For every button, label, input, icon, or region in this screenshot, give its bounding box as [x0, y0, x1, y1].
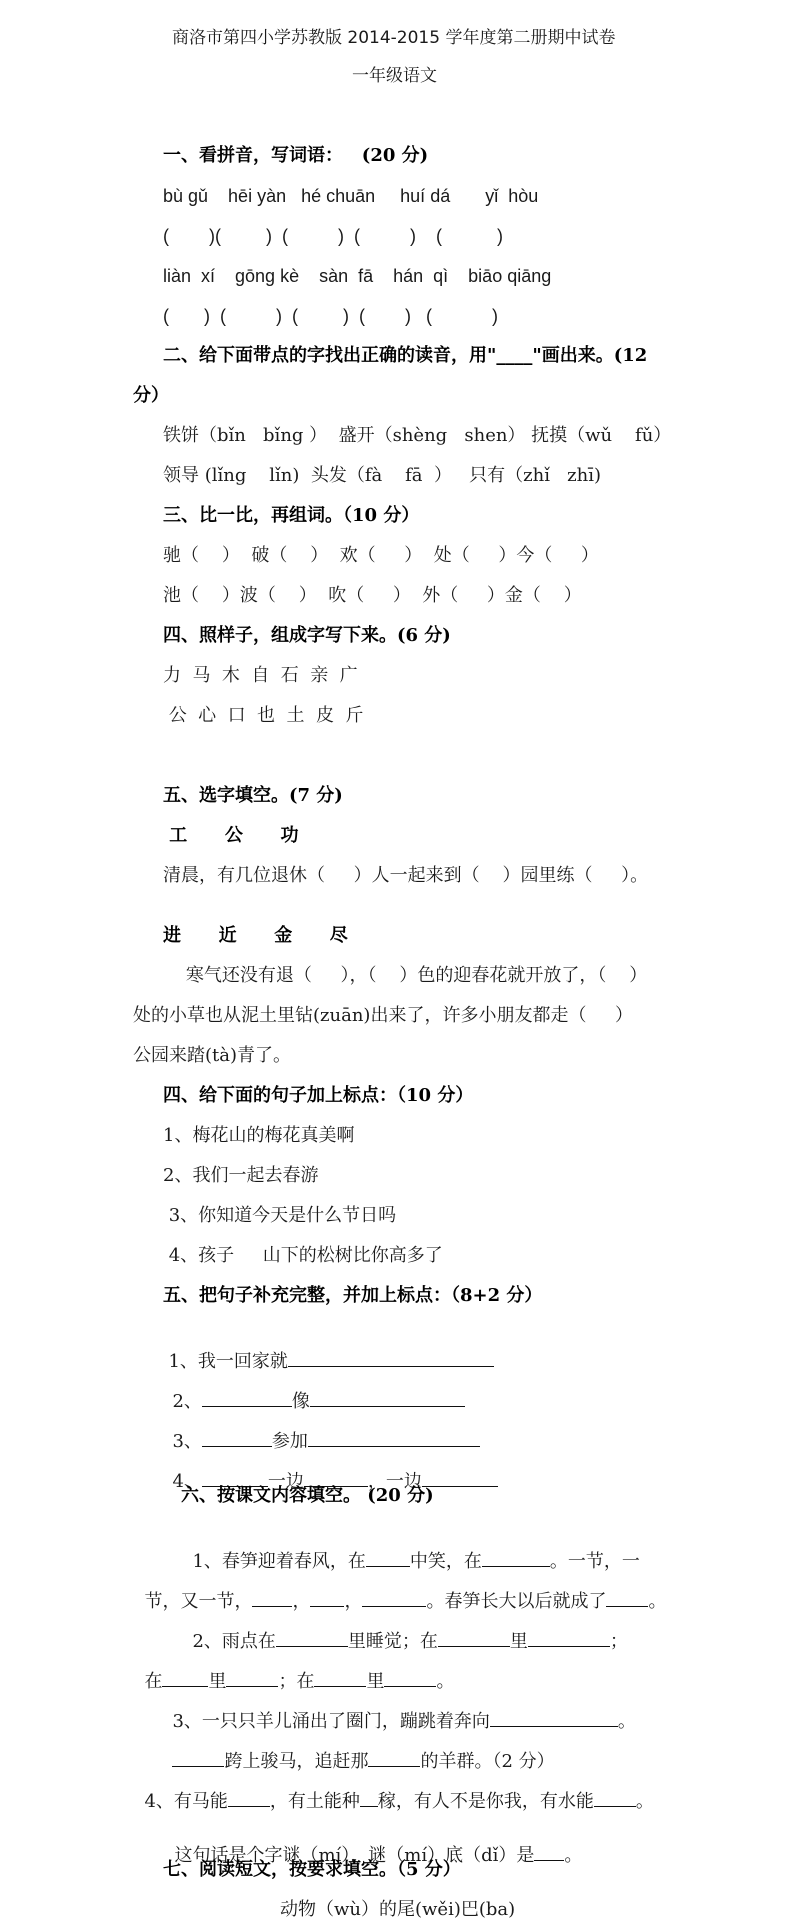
word-choices-1: 工 公 功 [163, 824, 298, 848]
section-punctuation-heading: 四、给下面的句子加上标点：（10 分） [163, 1084, 473, 1108]
fill-sentence-1: 清晨，有几位退休（ ）人一起来到（ ）园里练（ ）。 [163, 864, 648, 888]
punctuation-item-3: 3、你知道今天是什么节日吗 [163, 1204, 396, 1228]
fill-paragraph-line-3: 公园来踏(tà)青了。 [133, 1044, 291, 1068]
reading-row-1: 铁饼（bǐn bǐng ） 盛开（shèng shen） 抚摸（wǔ fǔ） [163, 424, 671, 448]
q4-text: 稼，有人不是你我，有水能 [378, 1791, 594, 1812]
q2-text: ； [610, 1631, 628, 1652]
answer-blank[interactable] [534, 1842, 564, 1861]
section-3-heading: 三、比一比，再组词。（10 分） [163, 504, 419, 528]
section-4-heading: 四、照样子，组成字写下来。(6 分) [163, 624, 451, 648]
q2-text: 在 [144, 1671, 162, 1692]
pinyin-row-1: bù gǔ hēi yàn hé chuān huí dá yǐ hòu [163, 184, 538, 208]
section-2-heading-cont: 分） [133, 384, 169, 408]
fill-paragraph-line-1: 寒气还没有退（ ），（ ）色的迎春花就开放了，（ ） [163, 964, 647, 988]
answer-blank[interactable] [360, 1788, 378, 1807]
answer-blank[interactable] [528, 1628, 610, 1647]
answer-blank[interactable] [228, 1788, 270, 1807]
answer-blank[interactable] [594, 1788, 636, 1807]
section-1-heading: 一、看拼音，写词语： (20 分) [163, 144, 428, 168]
compare-row-2: 池（ ）波（ ） 吹（ ） 外（ ）金（ ） [163, 584, 582, 608]
punctuation-item-4: 4、孩子 山下的松树比你高多了 [163, 1244, 443, 1268]
q4-text: ，有土能种 [270, 1791, 360, 1812]
passage-title: 动物（wù）的尾(wěi)巴(ba) [280, 1898, 515, 1922]
riddle-text: 。 [564, 1845, 582, 1866]
section-complete-heading: 五、把句子补充完整，并加上标点：（8+2 分） [163, 1284, 542, 1308]
section-text-fill-heading: 六、按课文内容填空。 (20 分) [181, 1484, 434, 1508]
exam-subtitle: 一年级语文 [352, 64, 437, 88]
punctuation-item-2: 2、我们一起去春游 [163, 1164, 318, 1188]
text-fill-q4: 4、有马能，有土能种稼，有人不是你我，有水能。 [133, 1764, 654, 1814]
answer-brackets-row-1: ( )( ) ( ) ( ) ( ) [163, 224, 503, 248]
fill-paragraph-line-2: 处的小草也从泥土里钻(zuān)出来了，许多小朋友都走（ ） [133, 1004, 633, 1028]
pinyin-row-2: liàn xí gōng kè sàn fā hán qì biāo qiāng [163, 264, 551, 288]
answer-brackets-row-2: ( ) ( ) ( ) ( ) ( ) [163, 304, 498, 328]
q2-text: 里 [510, 1631, 528, 1652]
compare-row-1: 驰（ ） 破（ ） 欢（ ） 处（ ）今（ ） [163, 544, 599, 568]
q3-text: 。 [618, 1711, 636, 1732]
exam-title: 商洛市第四小学苏教版 2014-2015 学年度第二册期中试卷 [172, 26, 615, 50]
section-5-heading: 五、选字填空。(7 分) [163, 784, 343, 808]
section-2-heading: 二、给下面带点的字找出正确的读音，用"____"画出来。(12 [163, 344, 647, 368]
components-row-1: 力 马 木 自 石 亲 广 [163, 664, 358, 688]
reading-row-2: 领导 (lǐng lǐn) 头发（fà fā ） 只有（zhǐ zhī) [163, 464, 601, 488]
q4-text: 。 [636, 1791, 654, 1812]
word-choices-2: 进 近 金 尽 [163, 924, 348, 948]
q1-text: 。 [648, 1591, 666, 1612]
section-reading-heading: 七、阅读短文，按要求填空。（5 分） [163, 1858, 461, 1882]
punctuation-item-1: 1、梅花山的梅花真美啊 [163, 1124, 354, 1148]
components-row-2: 公 心 口 也 土 皮 斤 [163, 704, 363, 728]
q4-text: 4、有马能 [144, 1791, 227, 1812]
